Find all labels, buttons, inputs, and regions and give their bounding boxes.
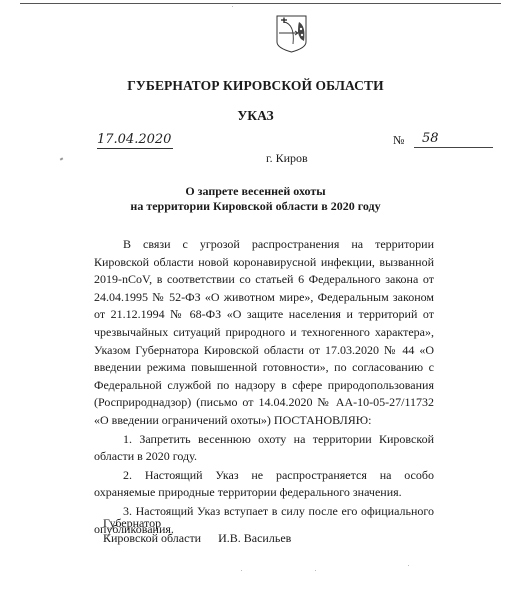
preamble-paragraph: В связи с угрозой распространения на тер…: [94, 236, 434, 430]
issuing-authority: ГУБЕРНАТОР КИРОВСКОЙ ОБЛАСТИ: [0, 78, 511, 94]
document-type: УКАЗ: [0, 108, 511, 124]
document-number: 58: [414, 131, 493, 148]
document-date: 17.04.2020: [97, 132, 173, 149]
scan-speck: [232, 6, 233, 7]
document-title-line-2: на территории Кировской области в 2020 г…: [0, 199, 511, 214]
clause-2: 2. Настоящий Указ не распространяется на…: [94, 467, 434, 502]
number-label: №: [393, 133, 404, 148]
scan-speck: [408, 565, 409, 566]
city: г. Киров: [266, 151, 308, 166]
page-top-border: [20, 3, 501, 4]
signature-block: Губернатор Кировской области И.В. Василь…: [103, 516, 291, 546]
document-body: В связи с угрозой распространения на тер…: [94, 236, 434, 538]
scan-speck: [241, 570, 242, 571]
clause-1: 1. Запретить весеннюю охоту на территори…: [94, 431, 434, 466]
signatory-position-line-2: Кировской области: [103, 531, 201, 545]
signatory-position-line-1: Губернатор: [103, 516, 291, 531]
coat-of-arms-icon: [275, 14, 308, 54]
scan-speck: [60, 157, 64, 160]
signatory-name: И.В. Васильев: [218, 531, 291, 545]
scan-speck: [315, 570, 316, 571]
document-title-line-1: О запрете весенней охоты: [0, 184, 511, 199]
